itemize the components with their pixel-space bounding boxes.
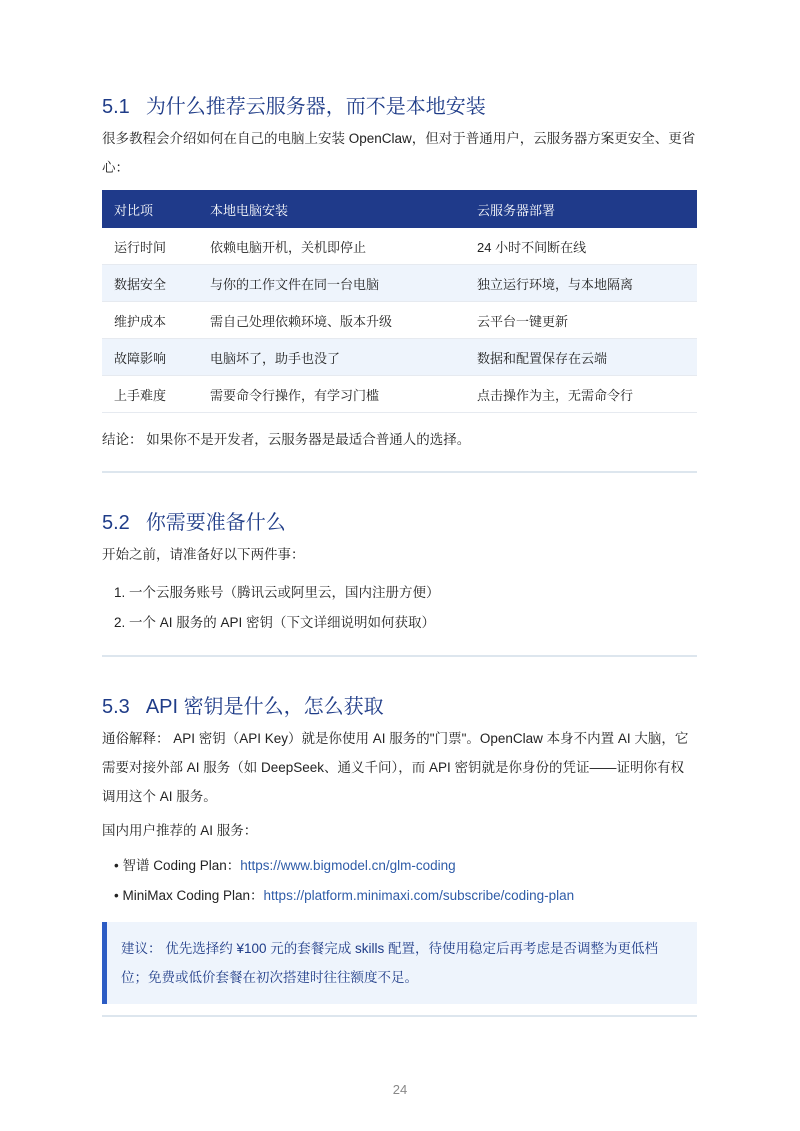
list-item: 1. 一个云服务账号（腾讯云或阿里云，国内注册方便） [114,578,440,608]
table-cell: 运行时间 [102,228,198,265]
table-cell: 独立运行环境，与本地隔离 [465,265,697,302]
table-cell: 需要命令行操作，有学习门槛 [198,376,465,413]
table-row: 故障影响电脑坏了，助手也没了数据和配置保存在云端 [102,339,697,376]
table-cell: 云平台一键更新 [465,302,697,339]
table-cell: 维护成本 [102,302,198,339]
table-cell: 故障影响 [102,339,198,376]
list-item: 2. 一个 AI 服务的 API 密钥（下文详细说明如何获取） [114,608,440,638]
table-row: 上手难度需要命令行操作，有学习门槛点击操作为主，无需命令行 [102,376,697,413]
list-item: • MiniMax Coding Plan：https://platform.m… [114,881,574,911]
section-heading-5-1: 5.1为什么推荐云服务器，而不是本地安装 [102,90,486,119]
table-header: 本地电脑安装 [198,190,465,228]
table-cell: 电脑坏了，助手也没了 [198,339,465,376]
section-heading-5-2: 5.2你需要准备什么 [102,506,286,535]
table-header: 对比项 [102,190,198,228]
service-link[interactable]: https://platform.minimaxi.com/subscribe/… [264,888,575,903]
table-row: 运行时间依赖电脑开机，关机即停止24 小时不间断在线 [102,228,697,265]
table-row: 维护成本需自己处理依赖环境、版本升级云平台一键更新 [102,302,697,339]
section-intro: 很多教程会介绍如何在自己的电脑上安装 OpenClaw，但对于普通用户，云服务器… [102,124,697,182]
tip-callout: 建议： 优先选择约 ¥100 元的套餐完成 skills 配置，待使用稳定后再考… [102,922,697,1004]
table-header: 云服务器部署 [465,190,697,228]
recommend-label: 国内用户推荐的 AI 服务： [102,816,697,845]
service-link[interactable]: https://www.bigmodel.cn/glm-coding [240,858,455,873]
section-divider [102,471,697,473]
list-item: • 智谱 Coding Plan：https://www.bigmodel.cn… [114,851,574,881]
table-cell: 点击操作为主，无需命令行 [465,376,697,413]
table-row: 数据安全与你的工作文件在同一台电脑独立运行环境，与本地隔离 [102,265,697,302]
table-cell: 上手难度 [102,376,198,413]
table-cell: 数据和配置保存在云端 [465,339,697,376]
table-cell: 与你的工作文件在同一台电脑 [198,265,465,302]
section-divider [102,655,697,657]
service-list: • 智谱 Coding Plan：https://www.bigmodel.cn… [114,851,574,911]
comparison-table: 对比项 本地电脑安装 云服务器部署 运行时间依赖电脑开机，关机即停止24 小时不… [102,190,697,413]
conclusion-text: 结论： 如果你不是开发者，云服务器是最适合普通人的选择。 [102,425,697,454]
explanation-text: 通俗解释： API 密钥（API Key）就是你使用 AI 服务的"门票"。Op… [102,724,697,811]
table-cell: 需自己处理依赖环境、版本升级 [198,302,465,339]
table-cell: 数据安全 [102,265,198,302]
table-cell: 24 小时不间断在线 [465,228,697,265]
table-cell: 依赖电脑开机，关机即停止 [198,228,465,265]
section-intro: 开始之前，请准备好以下两件事： [102,540,697,569]
page-number: 24 [0,1082,800,1097]
section-heading-5-3: 5.3API 密钥是什么，怎么获取 [102,690,384,719]
prep-list: 1. 一个云服务账号（腾讯云或阿里云，国内注册方便） 2. 一个 AI 服务的 … [114,578,440,638]
section-divider [102,1015,697,1017]
